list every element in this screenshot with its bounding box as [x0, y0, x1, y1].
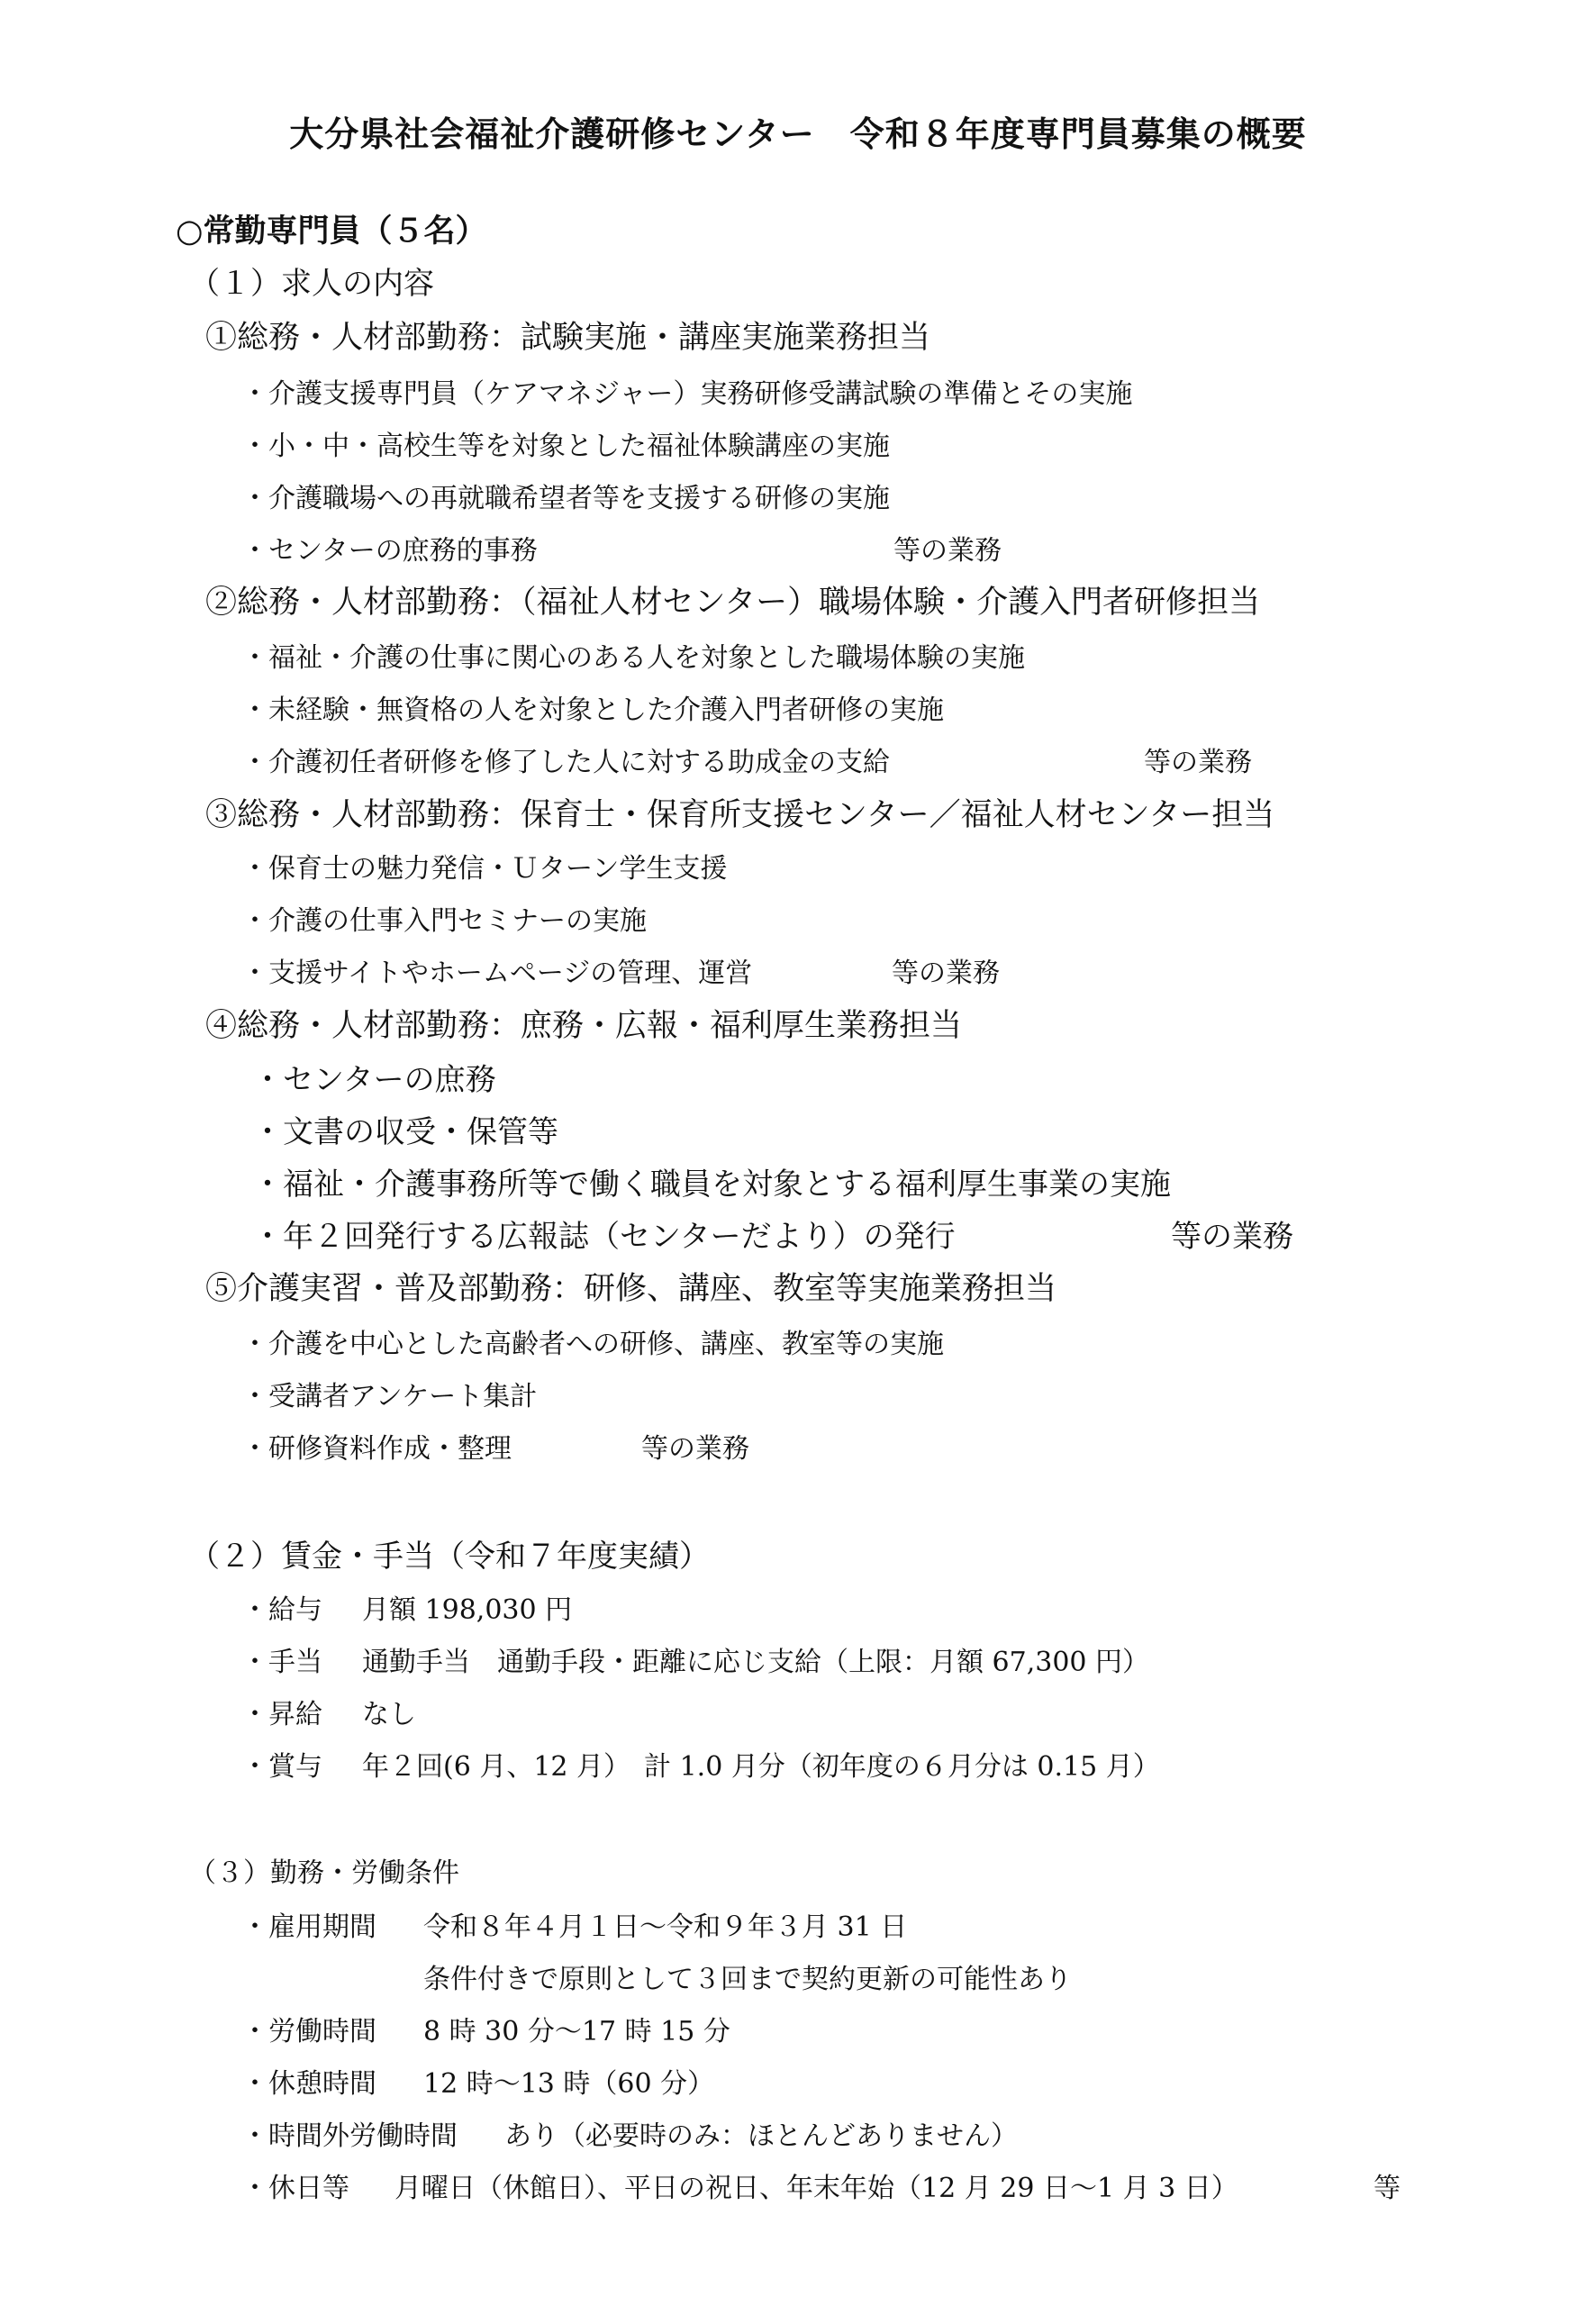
working-hours-label: ・労働時間 — [241, 2019, 376, 2046]
role1-item: ・小・中・高校生等を対象とした福祉体験講座の実施 — [241, 433, 890, 460]
document-page: 大分県社会福祉介護研修センター 令和８年度専門員募集の概要 ○常勤専門員（５名）… — [0, 0, 1596, 2306]
holidays-label: ・休日等 — [241, 2175, 349, 2202]
working-hours-value: 8 時 30 分～17 時 15 分 — [423, 2019, 730, 2046]
role3-item: ・支援サイトやホームページの管理、運営 — [241, 960, 752, 987]
raise-value: なし — [362, 1702, 416, 1729]
allowance-label: ・手当 — [241, 1649, 322, 1676]
section1-heading: （１）求人の内容 — [189, 268, 434, 299]
role2-heading: ②総務・人材部勤務：（福祉人材センター）職場体験・介護入門者研修担当 — [205, 587, 1260, 619]
break-time-value: 12 時～13 時（60 分） — [423, 2071, 714, 2098]
page-title: 大分県社会福祉介護研修センター 令和８年度専門員募集の概要 — [0, 106, 1596, 156]
role1-item: ・介護支援専門員（ケアマネジャー）実務研修受講試験の準備とその実施 — [241, 381, 1132, 408]
role5-item: ・受講者アンケート集計 — [241, 1384, 537, 1411]
role4-item: ・センターの庶務 — [252, 1065, 496, 1095]
role5-item: ・研修資料作成・整理 — [241, 1436, 512, 1463]
role4-suffix: 等の業務 — [1171, 1221, 1293, 1252]
role3-heading: ③総務・人材部勤務：保育士・保育所支援センター／福祉人材センター担当 — [205, 800, 1274, 831]
wage-label: ・給与 — [241, 1597, 322, 1624]
role5-suffix: 等の業務 — [641, 1436, 749, 1463]
section3-heading: （３）勤務・労働条件 — [189, 1860, 459, 1887]
holidays-suffix: 等 — [1374, 2175, 1401, 2202]
allowance-value: 通勤手当 通勤手段・距離に応じ支給（上限：月額 67,300 円） — [362, 1649, 1149, 1676]
employment-period-note: 条件付きで原則として３回まで契約更新の可能性あり — [423, 1966, 1072, 1993]
role2-item: ・福祉・介護の仕事に関心のある人を対象とした職場体験の実施 — [241, 645, 1025, 672]
role2-suffix: 等の業務 — [1144, 749, 1252, 776]
overtime-value: あり（必要時のみ：ほとんどありません） — [504, 2123, 1018, 2150]
holidays-value: 月曜日（休館日）、平日の祝日、年末年始（12 月 29 日～1 月 3 日） — [394, 2175, 1238, 2202]
bonus-value: 年２回(6 月、12 月） 計 1.0 月分（初年度の６月分は 0.15 月） — [362, 1754, 1160, 1781]
section-heading: ○常勤専門員（５名） — [176, 216, 487, 248]
section2-heading: （２）賃金・手当（令和７年度実績） — [189, 1541, 710, 1572]
role1-suffix: 等の業務 — [893, 538, 1002, 565]
role2-item: ・介護初任者研修を修了した人に対する助成金の支給 — [241, 749, 890, 776]
role3-item: ・介護の仕事入門セミナーの実施 — [241, 908, 647, 935]
role1-item: ・センターの庶務的事務 — [241, 538, 538, 565]
role1-item: ・介護職場への再就職希望者等を支援する研修の実施 — [241, 486, 890, 513]
role3-item: ・保育士の魅力発信・Ｕターン学生支援 — [241, 856, 727, 883]
role4-heading: ④総務・人材部勤務：庶務・広報・福利厚生業務担当 — [205, 1011, 962, 1042]
role5-heading: ⑤介護実習・普及部勤務：研修、講座、教室等実施業務担当 — [205, 1274, 1056, 1305]
wage-value: 月額 198,030 円 — [362, 1597, 572, 1624]
role4-item: ・文書の収受・保管等 — [252, 1117, 558, 1148]
role3-suffix: 等の業務 — [892, 960, 1000, 987]
employment-period-label: ・雇用期間 — [241, 1914, 376, 1941]
role4-item: ・年２回発行する広報誌（センターだより）の発行 — [252, 1221, 956, 1252]
bonus-label: ・賞与 — [241, 1754, 322, 1781]
employment-period-value: 令和８年４月１日～令和９年３月 31 日 — [423, 1914, 907, 1941]
raise-label: ・昇給 — [241, 1702, 322, 1729]
break-time-label: ・休憩時間 — [241, 2071, 376, 2098]
role4-item: ・福祉・介護事務所等で働く職員を対象とする福利厚生事業の実施 — [252, 1169, 1171, 1200]
role1-heading: ①総務・人材部勤務：試験実施・講座実施業務担当 — [205, 322, 930, 354]
overtime-label: ・時間外労働時間 — [241, 2123, 458, 2150]
role2-item: ・未経験・無資格の人を対象とした介護入門者研修の実施 — [241, 697, 944, 724]
role5-item: ・介護を中心とした高齢者への研修、講座、教室等の実施 — [241, 1331, 944, 1358]
